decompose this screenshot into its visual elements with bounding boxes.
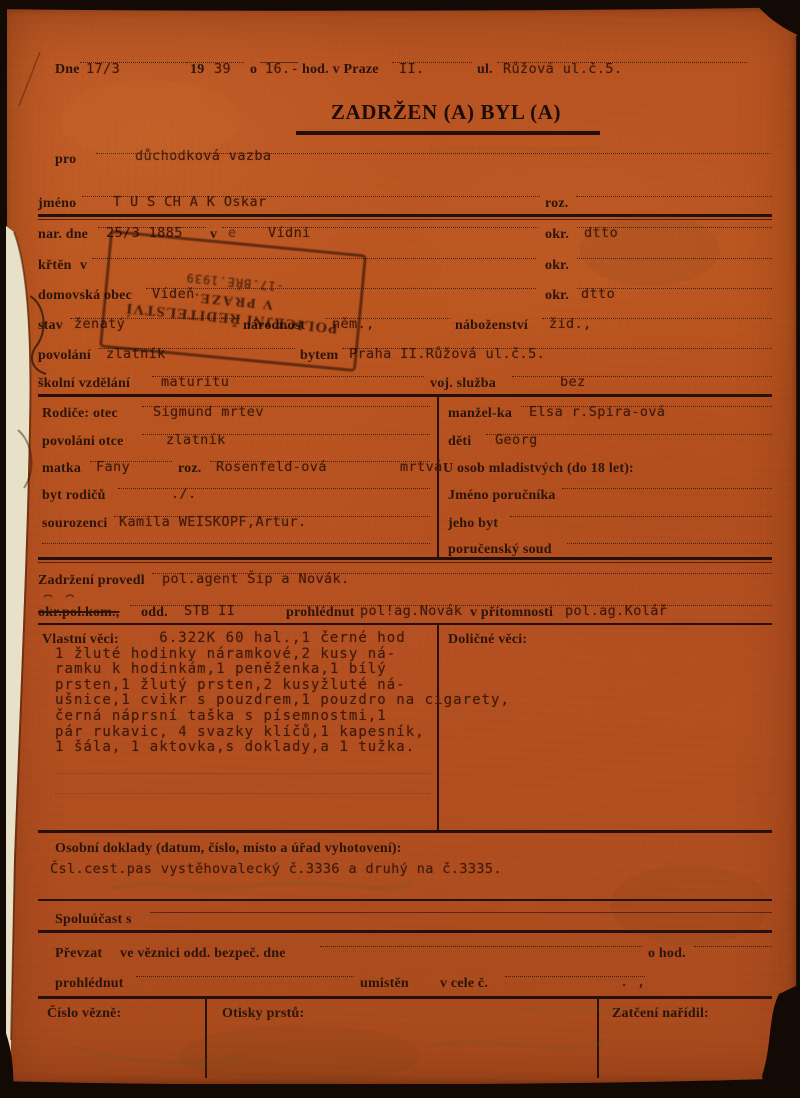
soud-label: poručenský soud — [448, 542, 552, 558]
prevzat-label: Převzat — [55, 946, 102, 962]
cislo-vezne-label: Číslo vězně: — [47, 1006, 121, 1022]
povolani-label: povolání — [38, 348, 91, 364]
krten-label: křtěn — [38, 258, 72, 274]
items-blank-line-2 — [55, 793, 430, 794]
hour-value: 16.- — [265, 61, 299, 77]
otisky-label: Otisky prstů: — [222, 1006, 304, 1022]
pritomnosti-label: v přítomnosti — [470, 605, 553, 621]
section-rule-5 — [38, 899, 772, 901]
sourozenci-label: sourozenci — [42, 516, 108, 532]
matka-roz-label: roz. — [178, 461, 201, 477]
bottom-divider-2 — [597, 998, 599, 1078]
porucnik-label: Jméno poručníka — [448, 488, 556, 504]
okr-label-1: okr. — [545, 227, 569, 243]
rodice-label: Rodiče: otec — [42, 406, 118, 422]
voj-label: voj. služba — [430, 376, 496, 392]
personal-items-typed-text: 6.322K 60 hal.,1 černé hod 1 žluté hodin… — [55, 631, 510, 756]
nabozenstvi-label: náboženství — [455, 318, 528, 334]
narodnost-label: národnost — [243, 318, 305, 334]
okr-label-2: okr. — [545, 258, 569, 274]
osobni-doklady-label: Osobní doklady (datum, číslo, místo a úř… — [55, 841, 402, 857]
section-rule-2 — [38, 557, 772, 560]
district-value: II. — [399, 61, 425, 77]
povolani-otce-label: povoláni otce — [42, 434, 124, 450]
deti-label: děti — [448, 434, 471, 450]
o-hod-label: o hod. — [648, 946, 686, 962]
manzelka-label: manžel-ka — [448, 406, 512, 422]
byt-rodicu-label: byt rodičů — [42, 488, 106, 504]
bottom-divider-1 — [205, 998, 207, 1078]
zatceni-label: Zatčení nařídil: — [612, 1006, 709, 1022]
form-content: Dne 17/3 19 39 o 16.- hod. v Praze II. u… — [0, 0, 800, 1098]
bytem-label: bytem — [300, 348, 338, 364]
o-label: o — [250, 62, 257, 78]
umisten-label: umistěn — [360, 976, 409, 992]
form-title: ZADRŽEN (A) BYL (A) — [250, 100, 642, 125]
jeho-byt-label: jeho byt — [448, 516, 498, 532]
year-typed: 39 — [214, 61, 231, 77]
matka-note-value: mrtvá — [400, 459, 443, 475]
pro-label: pro — [55, 152, 76, 168]
section-rule-1 — [38, 394, 772, 397]
ul-label: ul. — [477, 62, 493, 78]
year-printed: 19 — [190, 62, 204, 78]
stav-label: stav — [38, 318, 63, 334]
matka-label: matka — [42, 461, 81, 477]
section-rule-4 — [38, 830, 772, 833]
nar-dne-label: nar. dne — [38, 227, 88, 243]
roz-label: roz. — [545, 196, 568, 212]
cell-typed-mark: . , — [620, 974, 646, 990]
scanned-detention-form: Dne 17/3 19 39 o 16.- hod. v Praze II. u… — [0, 0, 800, 1098]
provedl-label: Zadržení provedl — [38, 573, 145, 589]
street-value: Růžová ul.č.5. — [503, 61, 622, 77]
dne-label: Dne — [55, 62, 80, 78]
mladistvi-label: U osob mladistvých (do 18 let): — [443, 461, 634, 477]
section-rule-6 — [38, 996, 772, 999]
okr-label-3: okr. — [545, 288, 569, 304]
odd-label: odd. — [141, 605, 168, 621]
family-column-divider — [437, 397, 439, 558]
pro-value: důchodková vazba — [135, 148, 271, 164]
krten-v-label: v — [80, 258, 87, 274]
date-value: 17/3 — [86, 61, 120, 77]
veznice-label: ve věznici odd. bezpeč. dne — [120, 946, 286, 962]
domovska-label: domovská obec — [38, 288, 132, 304]
osobni-doklady-value: Čsl.cest.pas vystěhovalecký č.3336 a dru… — [50, 861, 502, 877]
title-underline — [296, 131, 600, 135]
okrkom-label-struck: okr.pol.kom., — [38, 605, 119, 621]
hod-v-praze-label: hod. v Praze — [302, 62, 379, 78]
section-rule-3 — [38, 623, 772, 625]
v-label: v — [210, 227, 217, 243]
spoluucast-label: Spoluúčast s — [55, 912, 132, 928]
jmeno-label: jméno — [38, 196, 76, 212]
v-cele-label: v cele č. — [440, 976, 488, 992]
prohlednut-label-1: prohlédnut — [286, 605, 355, 621]
items-blank-line-1 — [55, 773, 430, 774]
prohlednut-label-2: prohlédnut — [55, 976, 124, 992]
skolni-label: školní vzdělání — [38, 376, 130, 392]
section-rule-2b — [38, 562, 772, 563]
